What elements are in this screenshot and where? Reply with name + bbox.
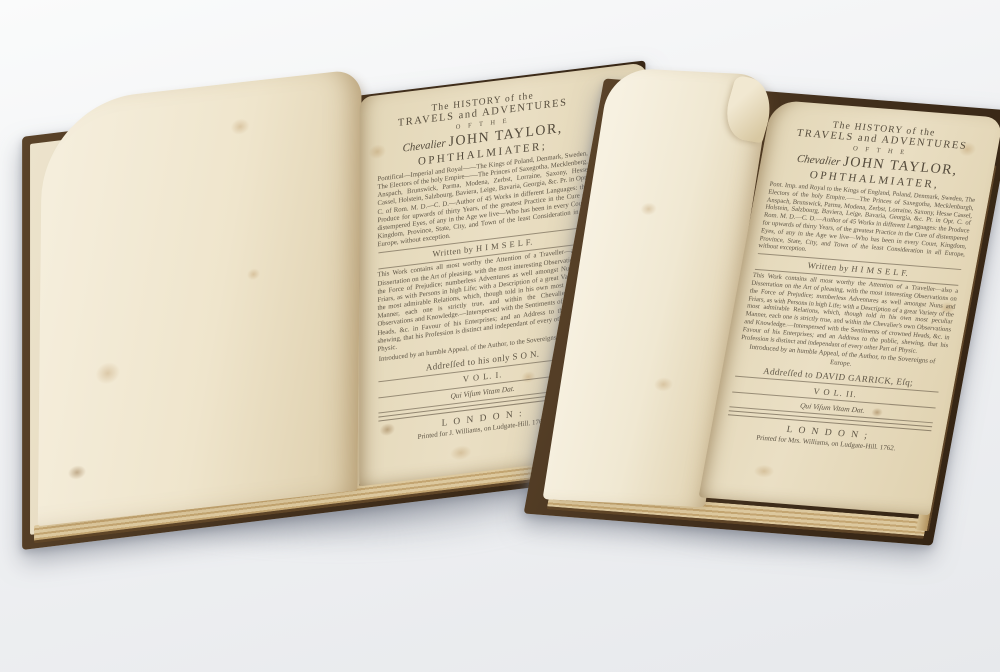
vol2-printed-text-block: The HISTORY of the TRAVELS and ADVENTURE… (722, 117, 987, 456)
vol2-chevalier-word: Chevalier (796, 153, 841, 168)
vol2-work-paragraph: This Work contains all most worthy the A… (741, 272, 959, 358)
vol2-titles-paragraph: Pont. Imp. and Royal to the Kings of Eng… (757, 181, 975, 267)
book-volume-2: The HISTORY of the TRAVELS and ADVENTURE… (509, 73, 1000, 547)
photo-scene: The HISTORY of the TRAVELS and ADVENTURE… (0, 0, 1000, 672)
foxing-stain (649, 374, 678, 395)
vol1-blank-flyleaf-page (38, 69, 362, 526)
foxing-stain (64, 461, 90, 484)
vol1-chevalier-word: Chevalier (403, 137, 446, 154)
foxing-stain (245, 265, 263, 283)
foxing-stain (90, 356, 124, 390)
foxing-stain (636, 199, 661, 218)
foxing-stain (227, 115, 253, 140)
foxing-stain (749, 461, 780, 481)
foxing-stain (446, 441, 476, 465)
